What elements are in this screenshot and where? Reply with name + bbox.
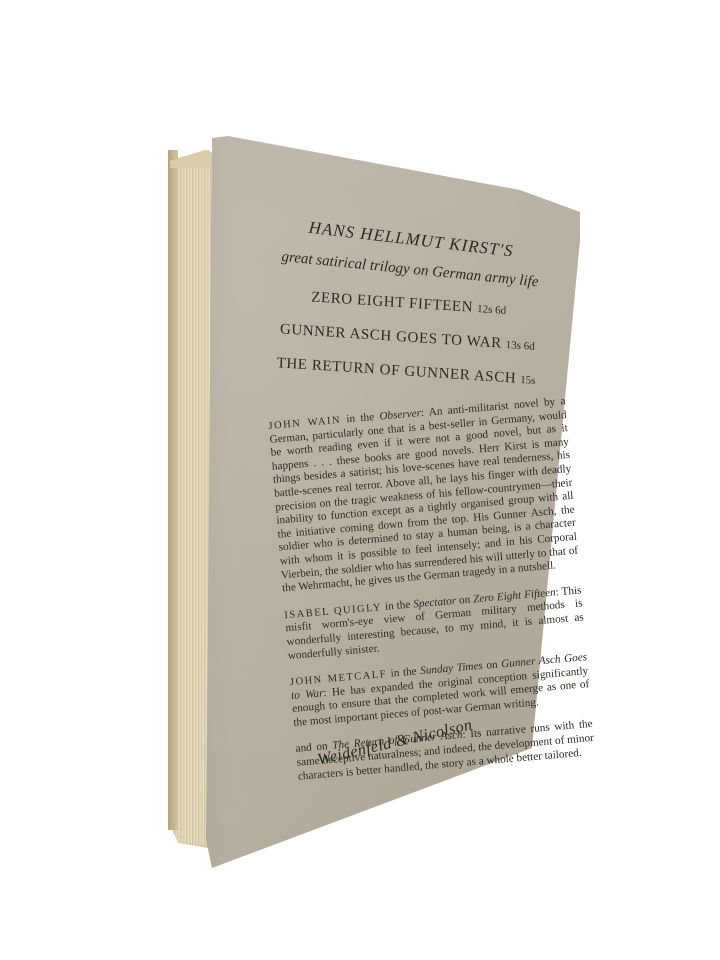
book-title: GUNNER ASCH GOES TO WAR	[280, 321, 502, 351]
book-title: ZERO EIGHT FIFTEEN	[311, 289, 474, 315]
review-connector: in the	[387, 665, 421, 680]
review-connector: in the	[341, 411, 380, 426]
book-photo: HANS HELLMUT KIRST'S great satirical tri…	[0, 0, 720, 960]
book-listing: ZERO EIGHT FIFTEEN12s 6d	[259, 286, 559, 322]
review-connector: in the	[381, 598, 413, 613]
book-price: 13s 6d	[505, 339, 534, 353]
spine-edge	[168, 150, 178, 830]
review-connector: on	[456, 593, 474, 606]
review-connector: on	[482, 658, 501, 672]
review-quote: ISABEL QUIGLY in the Spectator on Zero E…	[284, 584, 586, 663]
jacket-heading-block: HANS HELLMUT KIRST'S great satirical tri…	[256, 214, 562, 390]
review-quote: JOHN METCALF in the Sunday Times on Gunn…	[290, 651, 592, 730]
book-price: 12s 6d	[477, 303, 506, 317]
book-listing: GUNNER ASCH GOES TO WAR13s 6d	[257, 320, 557, 356]
book-price: 15s	[520, 374, 536, 387]
review-quote: JOHN WAIN in the Observer: An anti-milit…	[268, 395, 580, 596]
